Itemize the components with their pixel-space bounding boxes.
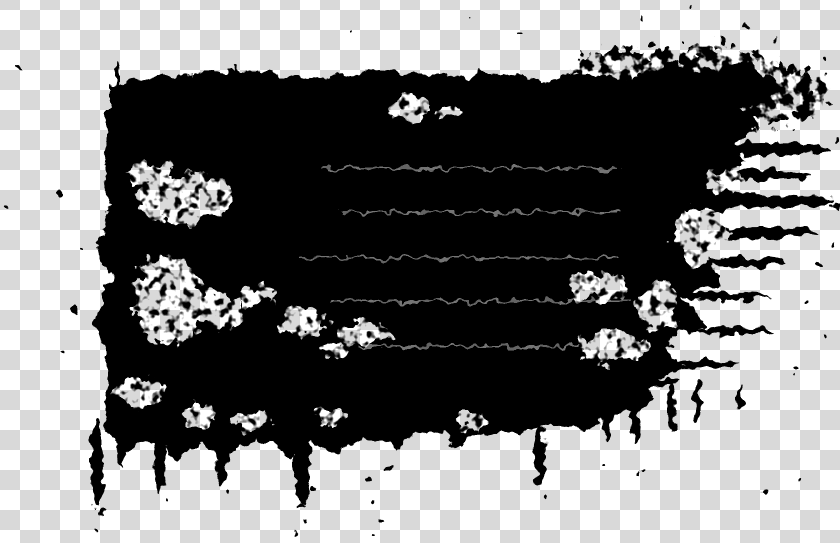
splatter-cloud-blob — [575, 48, 665, 92]
splatter-dot — [763, 490, 769, 496]
splatter-dot — [641, 18, 644, 21]
splatter-dot — [834, 138, 838, 142]
splatter-dot — [520, 33, 523, 36]
paint-drip — [668, 384, 677, 434]
splatter-dot — [95, 527, 99, 531]
splatter-dot — [804, 298, 808, 302]
splatter-dot — [379, 518, 383, 522]
splatter-dot — [824, 57, 829, 62]
paint-drip — [91, 416, 103, 508]
splatter-dot — [470, 15, 472, 17]
splatter-dot — [6, 203, 10, 207]
brush-streak — [706, 143, 830, 156]
brush-streak — [698, 257, 786, 267]
splatter-dot — [793, 110, 801, 118]
splatter-dot — [543, 494, 547, 498]
splatter-dot — [603, 464, 607, 468]
splatter-dot — [819, 264, 823, 268]
paint-drip — [632, 388, 641, 446]
splatter-dot — [166, 498, 170, 502]
splatter-dot — [611, 48, 619, 56]
brush-streak — [697, 328, 773, 335]
splatter-dot — [385, 467, 391, 473]
paint-drip — [573, 376, 582, 426]
brush-streak — [710, 195, 834, 207]
paint-drip — [155, 420, 166, 492]
splatter-dot — [770, 37, 774, 41]
splatter-dot — [649, 41, 655, 47]
splatter-dot — [226, 491, 231, 496]
paint-drip — [114, 60, 119, 92]
splatter-dot — [295, 534, 299, 538]
paint-drip — [603, 387, 612, 441]
splatter-dot — [638, 469, 642, 473]
splatter-dot — [370, 499, 375, 504]
splatter-dot — [17, 67, 20, 70]
paint-drip — [535, 425, 545, 487]
paint-drip — [294, 419, 310, 503]
splatter-dot — [678, 53, 688, 63]
splatter-dot — [81, 248, 85, 252]
splatter-dot — [690, 8, 693, 11]
brush-streak — [671, 360, 739, 369]
splatter-dot — [754, 51, 760, 57]
splatter-dot — [824, 334, 828, 338]
grunge-brush-artwork — [0, 0, 840, 543]
splatter-dot — [809, 91, 815, 97]
splatter-dot — [100, 510, 105, 515]
splatter-dot — [365, 478, 371, 484]
splatter-dot — [597, 104, 605, 112]
paint-drip — [215, 409, 229, 485]
splatter-dot — [718, 37, 726, 45]
splatter-dot — [831, 243, 835, 247]
splatter-dot — [636, 88, 646, 98]
splatter-dot — [55, 189, 61, 195]
splatter-dot — [794, 369, 799, 374]
splatter-dot — [833, 203, 839, 209]
splatter-dot — [309, 487, 315, 493]
splatter-dot — [351, 27, 354, 30]
brush-streak — [705, 227, 819, 238]
splatter-dot — [60, 350, 64, 354]
brush-streak — [666, 292, 770, 300]
brush-streak — [700, 170, 810, 181]
splatter-dot — [373, 536, 377, 540]
paint-drip — [693, 380, 701, 422]
paint-drip — [234, 64, 238, 84]
splatter-dot — [73, 308, 78, 313]
splatter-dot — [744, 22, 748, 26]
splatter-dot — [303, 519, 307, 523]
paint-drip — [737, 385, 743, 411]
image-canvas — [0, 0, 840, 543]
splatter-dot — [788, 64, 796, 72]
splatter-dot — [799, 479, 803, 483]
paint-drip — [118, 415, 127, 467]
splatter-dot — [297, 502, 303, 508]
